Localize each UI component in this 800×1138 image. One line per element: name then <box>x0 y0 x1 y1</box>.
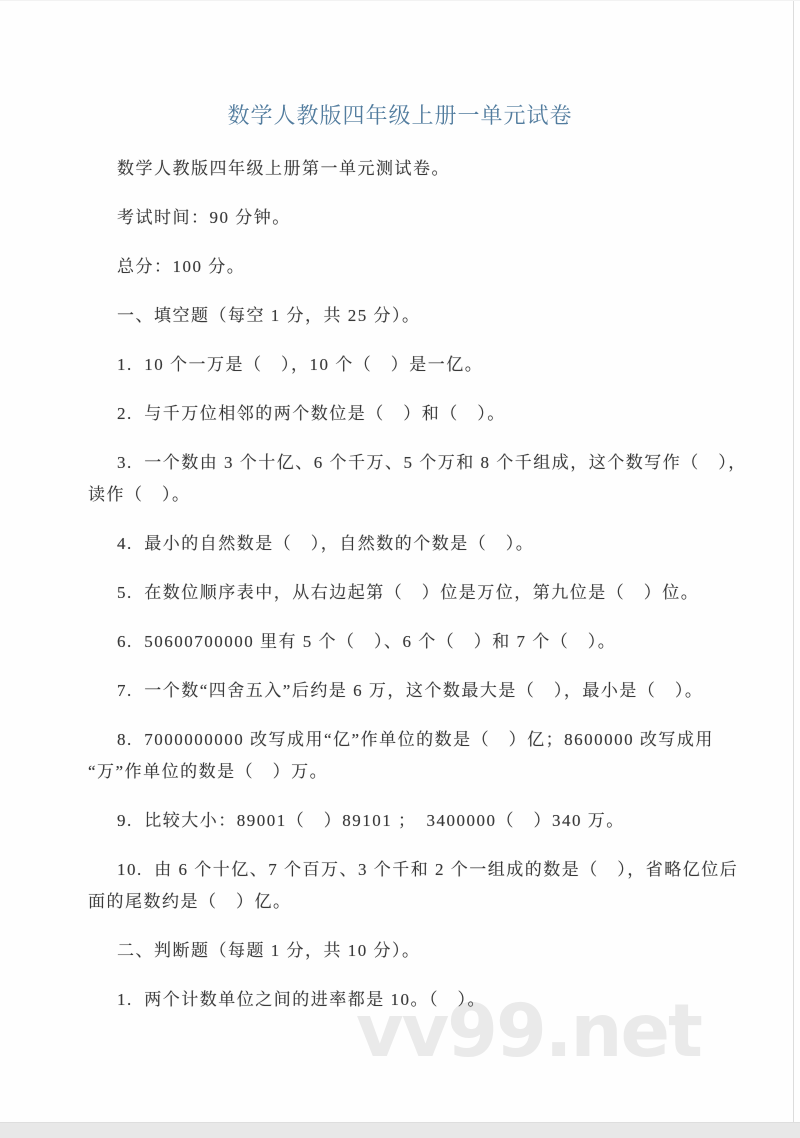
document-page: 数学人教版四年级上册一单元试卷 数学人教版四年级上册第一单元测试卷。考试时间：9… <box>0 0 800 1138</box>
text-line: 3. 一个数由 3 个十亿、6 个千万、5 个万和 8 个千组成，这个数写作（ … <box>88 447 730 479</box>
text-line: 1. 两个计数单位之间的进率都是 10。（ ）。 <box>88 984 730 1016</box>
text-line: 4. 最小的自然数是（ ），自然数的个数是（ ）。 <box>88 528 730 560</box>
text-line: 5. 在数位顺序表中，从右边起第（ ）位是万位，第九位是（ ）位。 <box>88 577 730 609</box>
text-line: 9. 比较大小：89001（ ）89101 ； 3400000（ ）340 万。 <box>88 805 730 837</box>
document-body: 数学人教版四年级上册第一单元测试卷。考试时间：90 分钟。总分：100 分。一、… <box>0 153 800 1016</box>
text-line: 总分：100 分。 <box>88 251 730 283</box>
bottom-bar <box>0 1122 800 1138</box>
text-line: 二、判断题（每题 1 分，共 10 分）。 <box>88 935 730 967</box>
text-line: 6. 50600700000 里有 5 个（ ）、6 个（ ）和 7 个（ ）。 <box>88 626 730 658</box>
text-line: 数学人教版四年级上册第一单元测试卷。 <box>88 153 730 185</box>
text-line: 2. 与千万位相邻的两个数位是（ ）和（ ）。 <box>88 398 730 430</box>
text-line: 10. 由 6 个十亿、7 个百万、3 个千和 2 个一组成的数是（ ），省略亿… <box>88 854 730 886</box>
text-line: 7. 一个数“四舍五入”后约是 6 万，这个数最大是（ ），最小是（ ）。 <box>88 675 730 707</box>
page-title: 数学人教版四年级上册一单元试卷 <box>0 1 800 129</box>
text-line: 一、填空题（每空 1 分，共 25 分）。 <box>88 300 730 332</box>
text-line: 考试时间：90 分钟。 <box>88 202 730 234</box>
text-line: 读作（ ）。 <box>88 479 730 511</box>
text-line: “万”作单位的数是（ ）万。 <box>88 756 730 788</box>
text-line: 8. 7000000000 改写成用“亿”作单位的数是（ ）亿；8600000 … <box>88 724 730 756</box>
text-line: 1. 10 个一万是（ ），10 个（ ）是一亿。 <box>88 349 730 381</box>
text-line: 面的尾数约是（ ）亿。 <box>88 886 730 918</box>
